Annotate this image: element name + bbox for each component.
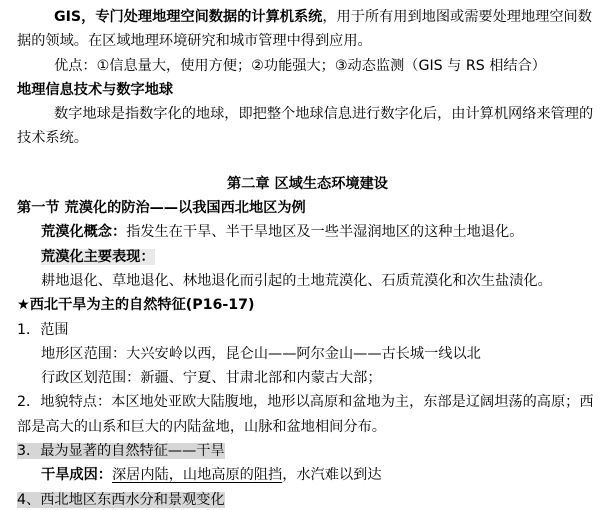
paragraph-desertification-manifestation-label: 荒漠化主要表现： bbox=[17, 245, 598, 269]
paragraph-digital-earth: 数字地球是指数字化的地球，即把整个地球信息进行数字化后，由计算机网络来管理的技术… bbox=[17, 102, 598, 151]
item-3-highlight-text: 3．最为显著的自然特征——干旱 bbox=[17, 443, 225, 459]
chapter-title: 第二章 区域生态环境建设 bbox=[17, 172, 598, 196]
desertification-manifestation-label: 荒漠化主要表现： bbox=[41, 249, 155, 265]
gis-definition-bold: GIS，专门处理地理空间数据的计算机系统 bbox=[54, 9, 322, 25]
item-4-moisture-landscape: 4、西北地区东西水分和景观变化 bbox=[17, 488, 598, 510]
item-1-landform-range: 地形区范围：大兴安岭以西，昆仑山——阿尔金山——古长城一线以北 bbox=[17, 342, 598, 366]
paragraph-desertification-concept: 荒漠化概念：指发生在干旱、半干旱地区及一些半湿润地区的这种土地退化。 bbox=[17, 220, 598, 244]
desertification-concept-text: 指发生在干旱、半干旱地区及一些半湿润地区的这种土地退化。 bbox=[126, 224, 523, 240]
desertification-concept-label: 荒漠化概念： bbox=[41, 224, 126, 240]
item-1-range-title: 1．范围 bbox=[17, 318, 598, 342]
drought-cause-underlined: 深居内陆，山地高原的阻挡 bbox=[112, 467, 282, 483]
document-page: GIS，专门处理地理空间数据的计算机系统，用于所有用到地图或需要处理地理空间数据… bbox=[0, 0, 615, 510]
item-2-landform-features: 2．地貌特点：本区地处亚欧大陆腹地，地形以高原和盆地为主，东部是辽阔坦荡的高原；… bbox=[17, 390, 598, 439]
drought-cause-label: 干旱成因： bbox=[41, 467, 112, 483]
heading-nw-natural-features: ★西北干旱为主的自然特征(P16-17) bbox=[17, 293, 598, 317]
paragraph-gis-definition: GIS，专门处理地理空间数据的计算机系统，用于所有用到地图或需要处理地理空间数据… bbox=[17, 5, 598, 54]
section-title: 第一节 荒漠化的防治——以我国西北地区为例 bbox=[17, 196, 598, 220]
item-3-drought-feature: 3．最为显著的自然特征——干旱 bbox=[17, 439, 598, 463]
paragraph-gis-advantages: 优点：①信息量大，使用方便；②功能强大；③动态监测（GIS 与 RS 相结合） bbox=[17, 54, 598, 78]
heading-geo-info-tech: 地理信息技术与数字地球 bbox=[17, 78, 598, 102]
drought-cause-rest: ，水汽难以到达 bbox=[282, 467, 381, 483]
item-4-highlight-text: 4、西北地区东西水分和景观变化 bbox=[17, 492, 225, 508]
item-1-admin-range: 行政区划范围：新疆、宁夏、甘肃北部和内蒙古大部； bbox=[17, 366, 598, 390]
paragraph-desertification-manifestation-text: 耕地退化、草地退化、林地退化而引起的土地荒漠化、石质荒漠化和次生盐渍化。 bbox=[17, 269, 598, 293]
item-3-drought-cause: 干旱成因：深居内陆，山地高原的阻挡，水汽难以到达 bbox=[17, 463, 598, 487]
